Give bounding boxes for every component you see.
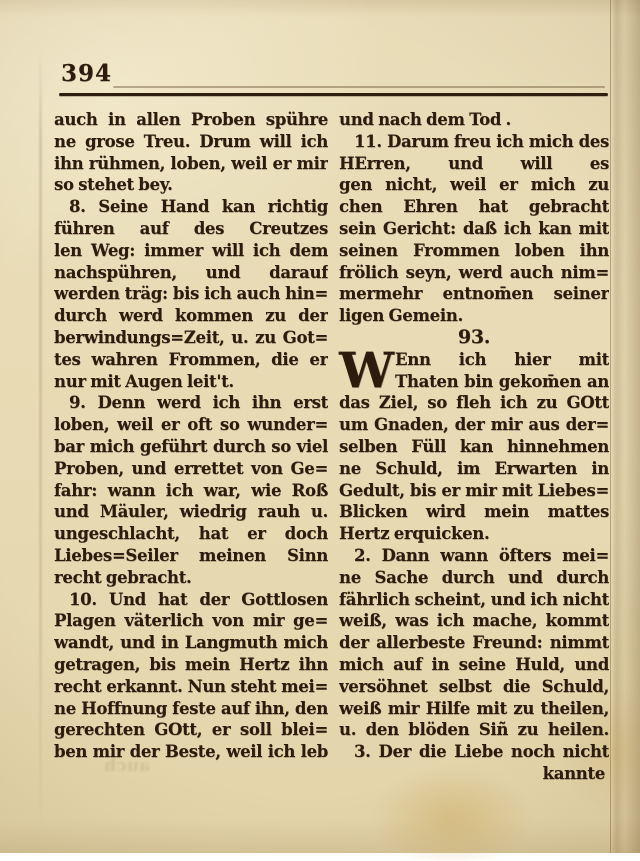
book-page-scan: auch 394 auch in allen Proben spühre sei… [0,0,640,853]
text-line: 11. Darum freu ich mich des [339,131,609,153]
drop-cap-letter: W [339,346,391,394]
left-column: auch in allen Proben spühre sei= ne gros… [54,109,328,763]
header-rule-thin [113,86,605,88]
text-line: frölich seyn, werd auch nim= [339,262,609,284]
text-line: getragen, bis mein Hertz ihn [54,654,328,676]
text-line: mermehr entnom̄en seiner hei= [339,283,609,305]
text-line: ne Hoffnung feste auf ihn, den [54,698,328,720]
text-line: ihn rühmen, loben, weil er mir [54,153,328,175]
header-rule-thick [59,93,608,96]
text-line: u. den blöden Siñ zu heilen. [339,719,609,741]
text-line: berwindungs=Zeit, u. zu Got= [54,327,328,349]
text-line: chen Ehren hat gebracht durch [339,196,609,218]
text-line: durch werd kommen zu der Ue= [54,305,328,327]
text-line: sein Gericht: daß ich kan mit [339,218,609,240]
text-line: werden träg: bis ich auch hin= [54,283,328,305]
text-line: 3. Der die Liebe noch nicht [339,741,609,763]
drop-cap-block: W Enn ich hier mit meinen Thaten bin gek… [339,349,609,393]
text-line: führen auf des Creutzes schma= [54,218,328,240]
text-line: Plagen väterlich von mir ge= [54,610,328,632]
text-line: Thaten bin gekom̄en an [395,371,609,393]
text-line: wandt, und in Langmuth mich [54,632,328,654]
text-line: 9. Denn werd ich ihn erst recht [54,392,328,414]
text-line: versöhnet selbst die Schuld, [339,676,609,698]
text-line: fahr: wann ich war, wie Roß [54,480,328,502]
catchword: kannte [339,763,609,785]
text-line: bar mich geführt durch so viel [54,436,328,458]
text-line: tes wahren Frommen, die er [54,349,328,371]
text-line: und Mäuler, wiedrig rauh u. [54,501,328,523]
text-line: fährlich scheint, und ich nicht [339,589,609,611]
text-line: nur mit Augen leit't. [54,371,328,393]
text-line: ben mir der Beste, weil ich leb [54,741,328,763]
text-line: 8. Seine Hand kan richtig [54,196,328,218]
text-line: auch in allen Proben spühre sei= [54,109,328,131]
text-line: ne grose Treu. Drum will ich [54,131,328,153]
text-line: mich auf in seine Huld, und [339,654,609,676]
text-line: nachspühren, und darauf nicht [54,262,328,284]
text-line: ne Schuld, im Erwarten in [339,458,609,480]
text-line: weiß mir Hilfe mit zu theilen, [339,698,609,720]
text-line: gerechten GOtt, er soll blei= [54,719,328,741]
text-line: Proben, und errettet von Ge= [54,458,328,480]
text-line: der allerbeste Freund: nimmt [339,632,609,654]
text-line: recht erkannt. Nun steht mei= [54,676,328,698]
page-number: 394 [61,60,112,87]
text-line: Blicken wird mein mattes [339,501,609,523]
text-line: Enn ich hier mit meinen [395,349,609,371]
text-line: selben Füll kan hinnehmen mei= [339,436,609,458]
text-line: loben, weil er oft so wunder= [54,414,328,436]
text-line: seinen Frommen loben ihn und [339,240,609,262]
text-line: Liebes=Seiler meinen Sinn zu= [54,545,328,567]
text-line: um Gnaden, der mir aus der= [339,414,609,436]
text-line: gen nicht, weil er mich zu sol= [339,174,609,196]
right-column: und nach dem Tod . 11. Darum freu ich mi… [339,109,609,785]
text-line: und nach dem Tod . [339,109,609,131]
text-line: ligen Gemein. [339,305,609,327]
text-line: HErren, und will es verschwei= [339,153,609,175]
text-line: recht gebracht. [54,567,328,589]
text-line: len Weg: immer will ich dem [54,240,328,262]
text-line: ungeschlacht, hat er doch durch [54,523,328,545]
text-line: 2. Dann wann öfters mei= [339,545,609,567]
text-line: so stehet bey. [54,174,328,196]
text-line: Hertz erquicken. [339,523,609,545]
text-line: 10. Und hat der Gottlosen [54,589,328,611]
page-crease [39,50,42,830]
text-line: ne Sache durch und durch ge= [339,567,609,589]
text-line: weiß, was ich mache, kommt [339,610,609,632]
text-line: Gedult, bis er mir mit Liebes= [339,480,609,502]
